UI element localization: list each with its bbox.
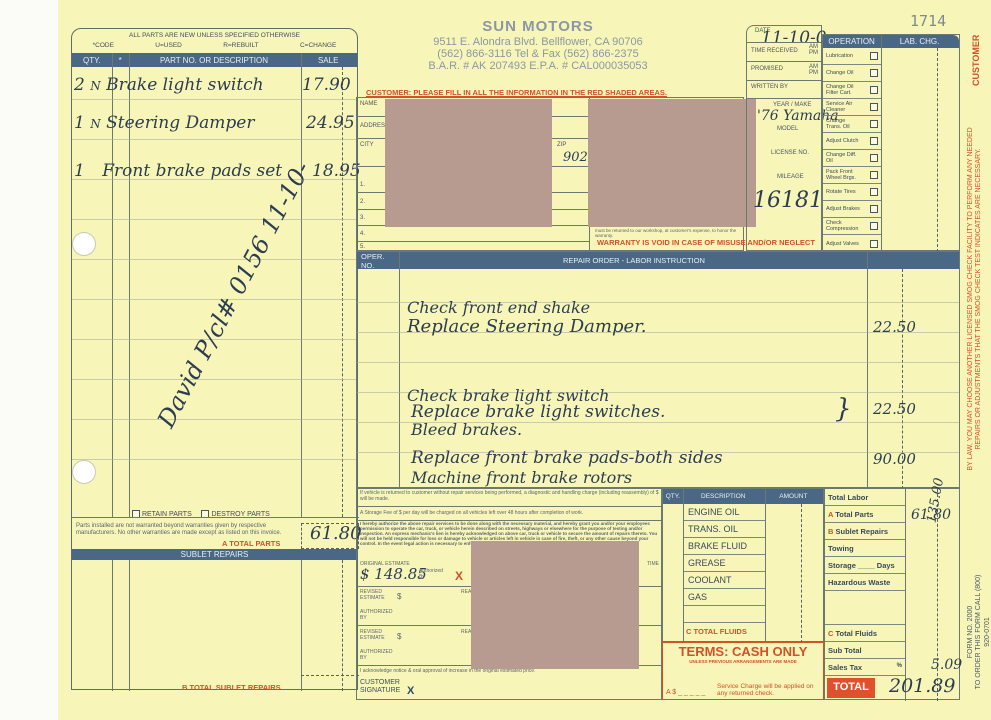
col-sale: SALE: [299, 56, 357, 65]
signature-x-mark[interactable]: X: [407, 685, 414, 697]
mileage-value: 16181: [753, 188, 823, 213]
operation-item[interactable]: Adjust Valves: [823, 235, 881, 252]
total-row: [825, 591, 905, 625]
labor-section: OPER. NO. REPAIR ORDER - LABOR INSTRUCTI…: [356, 251, 960, 488]
operation-checkbox[interactable]: [870, 205, 878, 213]
labor-charge: 22.50: [873, 400, 916, 418]
labor-entry: Replace brake light switches.: [411, 402, 665, 422]
fluid-list: ENGINE OIL TRANS. OIL BRAKE FLUID GREASE…: [684, 504, 765, 640]
redacted-area: [588, 99, 756, 227]
operation-item[interactable]: Rotate Tires: [823, 184, 881, 201]
invoice-number: 1714: [910, 12, 946, 30]
fluid-item: COOLANT: [684, 572, 765, 589]
operation-item[interactable]: Check Compression: [823, 218, 881, 235]
vehicle-info: DATE 11-10-0 TIME RECEIVED AMPM PROMISED…: [746, 25, 822, 251]
redacted-area: [385, 99, 552, 227]
col-code: *: [112, 56, 129, 65]
fluid-item: [684, 606, 765, 623]
operation-checkbox[interactable]: [870, 171, 878, 179]
operation-item[interactable]: Pack Front Wheel Brgs.: [823, 167, 881, 184]
shop-name: SUN MOTORS: [388, 18, 688, 35]
fluids-section: QTY. DESCRIPTION AMOUNT ENGINE OIL TRANS…: [662, 488, 824, 642]
terms-title: TERMS: CASH ONLY: [663, 644, 823, 659]
operation-checkbox[interactable]: [870, 137, 878, 145]
parts-codes: *CODE U=USED R=REBUILT C=CHANGE: [72, 42, 357, 49]
operation-item[interactable]: Change Oil: [823, 65, 881, 82]
side-text: FORM NO. 2000 TO ORDER THIS FORM CALL (8…: [965, 40, 991, 700]
customer-notice: CUSTOMER: PLEASE FILL IN ALL THE INFORMA…: [366, 88, 667, 97]
operation-item[interactable]: Change Trans. Oil: [823, 116, 881, 133]
total-row: Storage ____ Days: [825, 557, 905, 574]
operation-item[interactable]: Change Diff. Oil: [823, 150, 881, 167]
labor-entry: Replace Steering Damper.: [407, 316, 647, 337]
total-row: C Total Fluids: [825, 625, 905, 642]
shop-header: SUN MOTORS 9511 E. Alondra Blvd. Bellflo…: [388, 18, 688, 72]
labor-entry: Check front end shake: [407, 298, 590, 317]
operation-checkbox[interactable]: [870, 154, 878, 162]
lab-chg-header: LAB. CHG.: [880, 37, 959, 46]
total-sublet-label: B TOTAL SUBLET REPAIRS: [182, 683, 281, 692]
part-row: 1 N Steering Damper: [74, 113, 255, 133]
operation-checkbox[interactable]: [870, 120, 878, 128]
redacted-area: [471, 541, 639, 669]
total-fluids-label: C TOTAL FLUIDS: [684, 623, 765, 640]
handwritten-signature: David P/cl# 0156 11-10-: [152, 157, 316, 432]
brace-mark: }: [835, 394, 852, 424]
service-charge-note: Service Charge will be applied on any re…: [717, 683, 823, 697]
storage-notice: A Storage Fee of $ per day will be charg…: [360, 511, 660, 517]
sublet-header: SUBLET REPAIRS: [72, 549, 357, 560]
part-sale: 18.95: [312, 161, 361, 181]
operation-checkbox[interactable]: [870, 240, 878, 248]
part-sale: 24.95: [306, 113, 355, 133]
terms-subtitle: UNLESS PREVIOUS ARRANGEMENTS ARE MADE: [663, 659, 823, 664]
total-parts-value: 61.80: [911, 507, 951, 523]
operation-checkbox[interactable]: [870, 52, 878, 60]
total-row: Hazardous Waste: [825, 574, 905, 591]
shop-phone: (562) 866-3116 Tel & Fax (562) 866-2375: [388, 48, 688, 60]
repair-order-form: SUN MOTORS 9511 E. Alondra Blvd. Bellflo…: [58, 0, 991, 720]
operation-checkbox[interactable]: [870, 69, 878, 77]
operation-checkbox[interactable]: [870, 86, 878, 94]
city-label: CITY: [360, 142, 374, 148]
total-row: Sales Tax%: [825, 659, 905, 676]
total-row: Total Labor: [825, 489, 905, 506]
operation-item[interactable]: Change Oil Filter Cart.: [823, 82, 881, 99]
shop-license: B.A.R. # AK 207493 E.P.A. # CAL000035053: [388, 60, 688, 72]
fluid-item: BRAKE FLUID: [684, 538, 765, 555]
totals-section: Total Labor A Total Parts B Sublet Repai…: [824, 488, 960, 700]
operation-item[interactable]: Lubrication: [823, 48, 881, 65]
part-sale: 17.90: [302, 75, 351, 95]
sales-tax-value: 5.09: [931, 657, 962, 673]
grand-total-value: 201.89: [889, 675, 955, 697]
total-label: TOTAL: [827, 678, 875, 698]
col-description: PART NO. OR DESCRIPTION: [129, 56, 300, 65]
part-row: 2 N Brake light switch: [74, 75, 264, 95]
acknowledge-text: I acknowledge notice & oral approval of …: [360, 669, 535, 675]
customer-signature-label: CUSTOMER SIGNATURE: [360, 679, 404, 694]
part-row: 1 Front brake pads set: [74, 161, 282, 181]
diagnostic-notice: If vehicle is returned to customer witho…: [360, 491, 660, 502]
parts-title: ALL PARTS ARE NEW UNLESS SPECIFIED OTHER…: [72, 32, 357, 39]
parts-disclaimer: Parts installed are not warranted beyond…: [76, 523, 286, 536]
authorize-x-mark: X: [455, 569, 463, 583]
labor-entry: Bleed brakes.: [411, 420, 522, 439]
original-estimate-value: $ 148.85: [360, 565, 427, 583]
total-row: A Total Parts: [825, 506, 905, 523]
parts-header: QTY. * PART NO. OR DESCRIPTION SALE: [72, 53, 357, 67]
operation-item[interactable]: Adjust Clutch: [823, 133, 881, 150]
name-label: NAME: [360, 101, 377, 107]
fluid-item: GAS: [684, 589, 765, 606]
operation-item[interactable]: Adjust Brakes: [823, 201, 881, 218]
labor-entry: Replace front brake pads-both sides: [411, 448, 723, 468]
operation-checkbox[interactable]: [870, 103, 878, 111]
total-parts-value: 61.80: [310, 523, 362, 544]
fluid-item: ENGINE OIL: [684, 504, 765, 521]
operation-item[interactable]: Service Air Cleaner: [823, 99, 881, 116]
total-parts-label: A TOTAL PARTS: [222, 539, 280, 548]
zip-label: ZIP: [557, 142, 566, 148]
labor-charge: 22.50: [873, 318, 916, 336]
fluid-item: GREASE: [684, 555, 765, 572]
fluid-item: TRANS. OIL: [684, 521, 765, 538]
operations-panel: OPERATION LAB. CHG. Lubrication Change O…: [822, 34, 960, 251]
operation-header: OPERATION: [823, 37, 880, 46]
total-row: Sub Total: [825, 642, 905, 659]
total-row: Towing: [825, 540, 905, 557]
operation-list: Lubrication Change Oil Change Oil Filter…: [823, 48, 881, 252]
labor-instruction-header: REPAIR ORDER - LABOR INSTRUCTION: [399, 256, 869, 265]
operation-checkbox[interactable]: [870, 222, 878, 230]
labor-charge: 90.00: [873, 450, 916, 468]
col-qty: QTY.: [72, 56, 112, 65]
returned-check-amount: A $ _ _ _ _ _: [666, 689, 705, 696]
oper-no-header: OPER. NO.: [357, 252, 399, 270]
total-row: B Sublet Repairs: [825, 523, 905, 540]
terms-box: TERMS: CASH ONLY UNLESS PREVIOUS ARRANGE…: [662, 642, 824, 700]
shop-address: 9511 E. Alondra Blvd. Bellflower, CA 907…: [388, 36, 688, 48]
operation-checkbox[interactable]: [870, 188, 878, 196]
labor-entry: Machine front brake rotors: [411, 468, 632, 487]
parts-section: ALL PARTS ARE NEW UNLESS SPECIFIED OTHER…: [71, 28, 358, 690]
